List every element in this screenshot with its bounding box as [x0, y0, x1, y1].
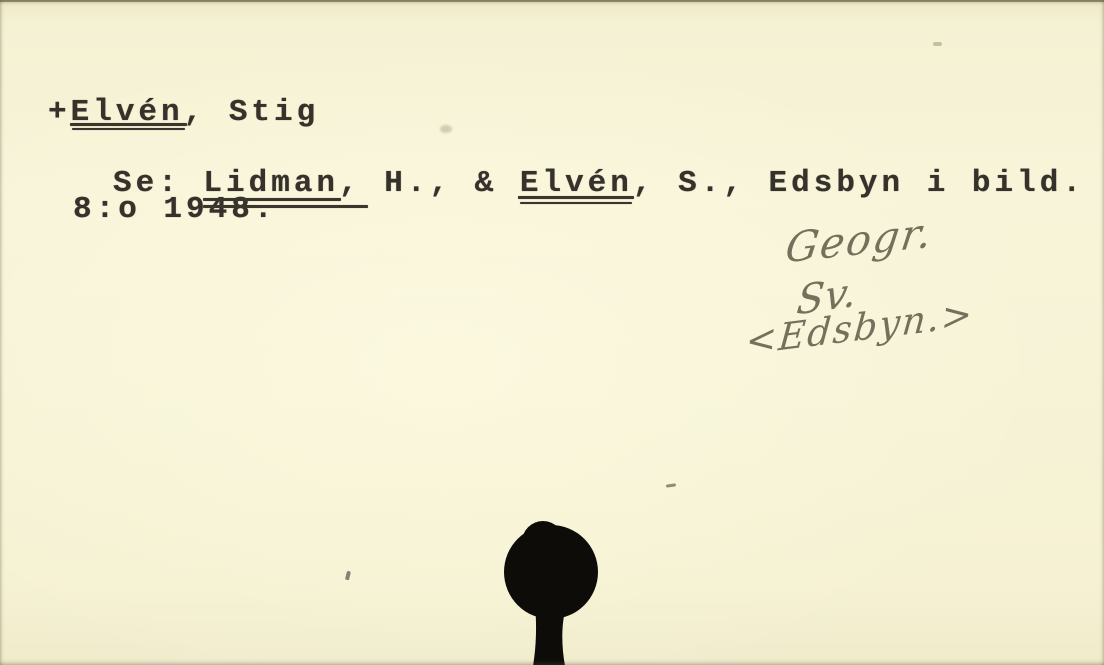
- heading-rest: , Stig: [184, 95, 320, 130]
- heading-prefix: +: [48, 95, 71, 130]
- stray-mark-top: [933, 42, 942, 46]
- reference-between: , H., &: [339, 166, 520, 201]
- punch-hole: [480, 518, 640, 665]
- pencil-note-edsbyn: <Edsbyn.>: [744, 292, 976, 364]
- underline-heading-surname-2: [72, 128, 185, 130]
- underline-heading-surname: [70, 123, 187, 126]
- underline-lidman-overtyped: [203, 205, 368, 208]
- stray-mark-dash: [666, 483, 676, 487]
- reference-tail: , S., Edsbyn i bild.: [633, 166, 1085, 201]
- catalog-card-scan: +Elvén, Stig Se: Lidman, H., & Elvén, S.…: [0, 0, 1104, 665]
- underline-elven-ref-2: [520, 202, 632, 204]
- pencil-note-geogr: Geogr.: [783, 208, 937, 272]
- underline-lidman: [203, 198, 341, 201]
- underline-elven-ref: [518, 196, 634, 199]
- stray-smudge: [440, 125, 452, 133]
- stray-mark-apostrophe: [345, 571, 351, 581]
